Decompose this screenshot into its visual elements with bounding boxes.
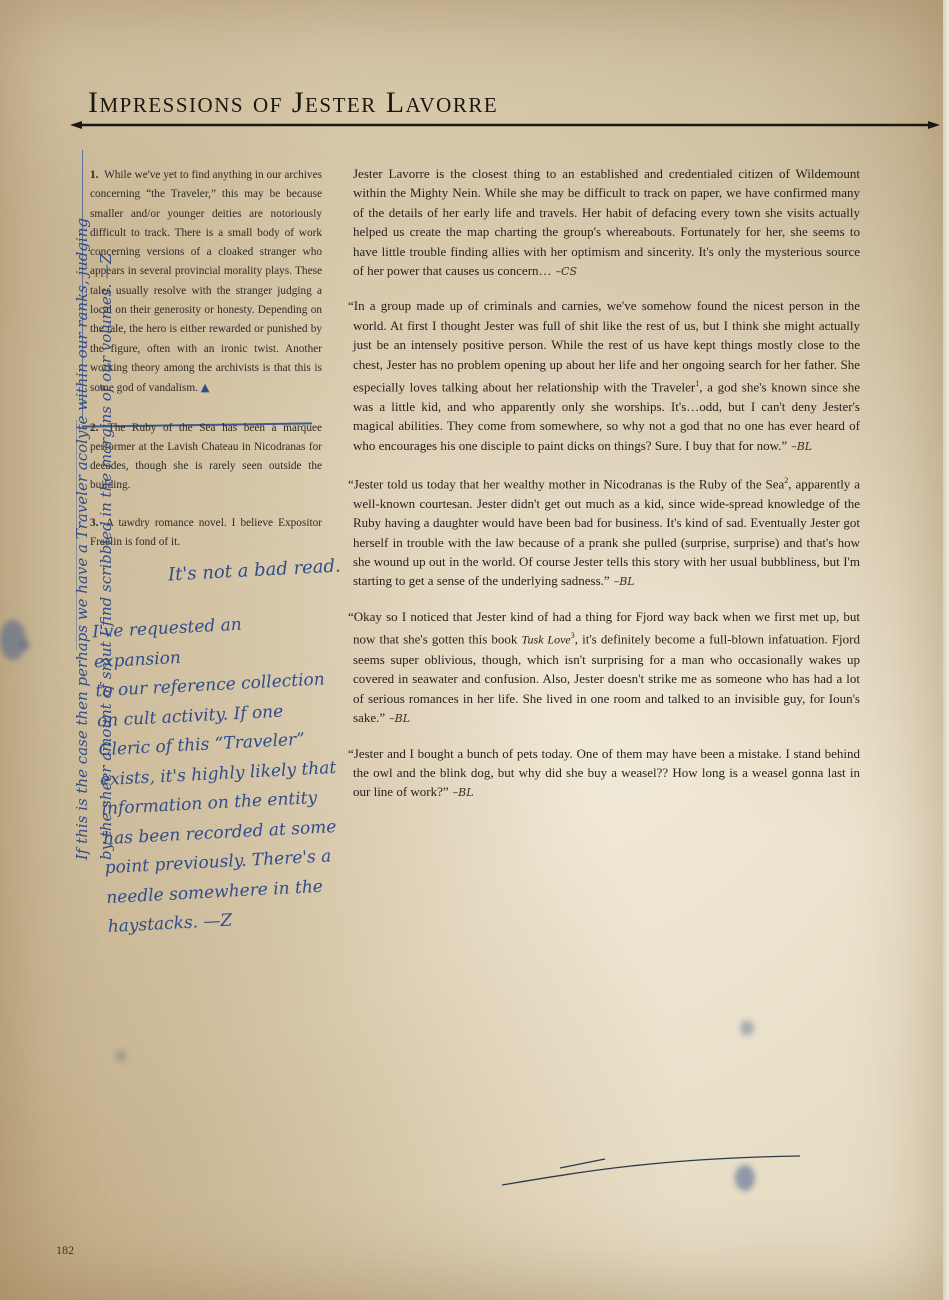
page-title: Impressions of Jester Lavorre [88, 86, 498, 120]
quote-paragraph: “In a group made up of criminals and car… [348, 296, 860, 456]
ink-stain [740, 1020, 754, 1036]
footnote-3: 3. A tawdry romance novel. I believe Exp… [90, 514, 322, 553]
ink-stain [20, 640, 30, 650]
intro-paragraph: Jester Lavorre is the closest thing to a… [348, 164, 860, 281]
quote-paragraph: “Jester and I bought a bunch of pets tod… [348, 744, 860, 803]
footnote-2: 2. The Ruby of the Sea has been a marque… [90, 419, 322, 496]
sidebar-footnotes: 1. While we've yet to find anything in o… [90, 166, 322, 552]
quote-paragraph: “Okay so I noticed that Jester kind of h… [348, 607, 860, 729]
handwritten-note-short: It's not a bad read. [168, 555, 342, 585]
signature: –CS [556, 265, 577, 278]
pen-stroke-doodle [500, 1150, 820, 1190]
footnote-1: 1. While we've yet to find anything in o… [90, 166, 322, 399]
book-title: Tusk Love [522, 633, 571, 647]
main-column: Jester Lavorre is the closest thing to a… [348, 164, 860, 818]
handwritten-margin-note: If this is the case then perhaps we have… [70, 120, 118, 860]
signature: –BL [614, 575, 635, 588]
page-number: 182 [56, 1243, 74, 1258]
handwritten-note-long: I've requested an expansion to our refer… [92, 606, 349, 943]
signature: –BL [453, 786, 474, 799]
signature: –BL [389, 712, 410, 725]
page-edge [943, 0, 949, 1300]
ink-stain [115, 1050, 127, 1062]
quote-paragraph: “Jester told us today that her wealthy m… [348, 471, 860, 592]
arrow-doodle-icon: ▲ [201, 381, 210, 394]
title-rule-arrow [70, 118, 940, 132]
signature: –BL [791, 440, 812, 453]
